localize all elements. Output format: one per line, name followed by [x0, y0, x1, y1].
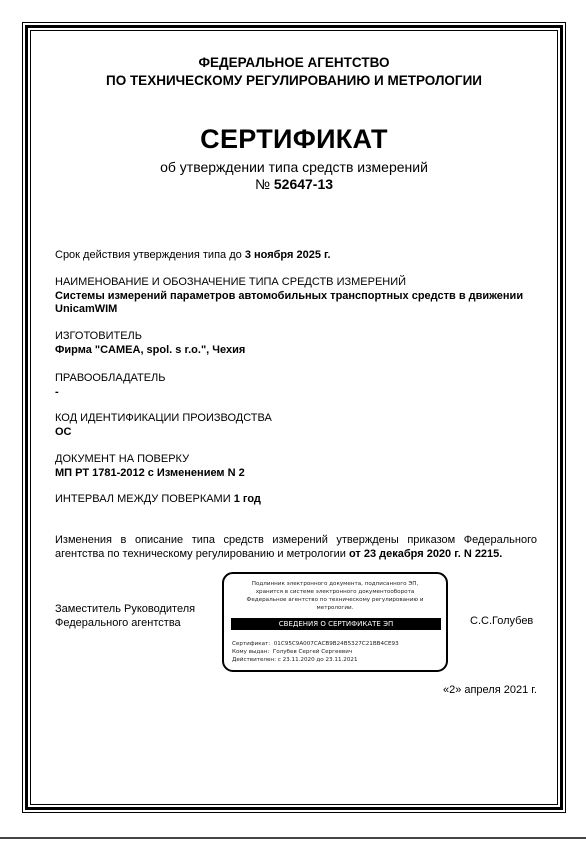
field-name: НАИМЕНОВАНИЕ И ОБОЗНАЧЕНИЕ ТИПА СРЕДСТВ …	[55, 276, 537, 317]
stamp-issued-to-row: Кому выдан: Голубев Сергей Сергеевич	[232, 648, 446, 656]
field-manufacturer-value: Фирма "CAMEA, spol. s r.o.", Чехия	[55, 344, 537, 358]
signatory-name: С.С.Голубев	[470, 615, 533, 628]
stamp-issued-to-value: Голубев Сергей Сергеевич	[273, 649, 352, 655]
stamp-valid-value: с 23.11.2020 до 23.11.2021	[278, 657, 358, 663]
number-value: 52647-13	[274, 176, 333, 192]
signature-date: «2» апреля 2021 г.	[380, 684, 537, 697]
field-name-value-1: Системы измерений параметров автомобильн…	[55, 290, 537, 304]
stamp-issued-to-label: Кому выдан:	[232, 649, 269, 655]
number-prefix: №	[255, 176, 270, 192]
agency-line-1: ФЕДЕРАЛЬНОЕ АГЕНТСТВО	[30, 54, 558, 72]
stamp-notice-line-1: Подлинник электронного документа, подпис…	[230, 580, 440, 588]
field-production-code-label: КОД ИДЕНТИФИКАЦИИ ПРОИЗВОДСТВА	[55, 412, 537, 426]
stamp-certificate-value: 01C95C9A007CACB9B24B5327C21BB4CE93	[274, 641, 399, 647]
field-manufacturer: ИЗГОТОВИТЕЛЬ Фирма "CAMEA, spol. s r.o."…	[55, 330, 537, 357]
stamp-notice-line-4: метрологии.	[230, 604, 440, 612]
e-signature-stamp: Подлинник электронного документа, подпис…	[222, 572, 448, 672]
signatory-position-line-1: Заместитель Руководителя	[55, 603, 195, 617]
field-rightholder-label: ПРАВООБЛАДАТЕЛЬ	[55, 372, 537, 386]
field-verification-doc-value: МП РТ 1781-2012 с Изменением N 2	[55, 467, 537, 481]
field-rightholder: ПРАВООБЛАДАТЕЛЬ -	[55, 372, 537, 399]
field-interval-label: ИНТЕРВАЛ МЕЖДУ ПОВЕРКАМИ	[55, 493, 231, 505]
agency-name: ФЕДЕРАЛЬНОЕ АГЕНТСТВО ПО ТЕХНИЧЕСКОМУ РЕ…	[30, 54, 558, 90]
agency-line-2: ПО ТЕХНИЧЕСКОМУ РЕГУЛИРОВАНИЮ И МЕТРОЛОГ…	[30, 72, 558, 90]
stamp-certificate-header: СВЕДЕНИЯ О СЕРТИФИКАТЕ ЭП	[231, 618, 441, 630]
stamp-notice: Подлинник электронного документа, подпис…	[230, 580, 440, 612]
field-rightholder-value: -	[55, 386, 537, 400]
changes-order: от 23 декабря 2020 г. N 2215.	[349, 548, 502, 560]
certificate-subtitle: об утверждении типа средств измерений	[30, 159, 558, 176]
signatory-position: Заместитель Руководителя Федерального аг…	[55, 603, 195, 630]
stamp-notice-line-2: хранится в системе электронного документ…	[230, 588, 440, 596]
stamp-valid-label: Действителен:	[232, 657, 276, 663]
field-verification-doc-label: ДОКУМЕНТ НА ПОВЕРКУ	[55, 453, 537, 467]
certificate-title: СЕРТИФИКАТ	[30, 123, 558, 155]
field-production-code: КОД ИДЕНТИФИКАЦИИ ПРОИЗВОДСТВА ОС	[55, 412, 537, 439]
stamp-notice-line-3: Федеральное агентство по техническому ре…	[230, 596, 440, 604]
stamp-certificate-info: Сертификат: 01C95C9A007CACB9B24B5327C21B…	[232, 640, 446, 664]
changes-paragraph: Изменения в описание типа средств измере…	[55, 534, 537, 561]
validity-value: 3 ноября 2025 г.	[245, 249, 331, 261]
field-interval: ИНТЕРВАЛ МЕЖДУ ПОВЕРКАМИ 1 год	[55, 493, 537, 507]
field-verification-doc: ДОКУМЕНТ НА ПОВЕРКУ МП РТ 1781-2012 с Из…	[55, 453, 537, 480]
field-interval-value: 1 год	[234, 493, 261, 505]
certificate-number: № 52647-13	[30, 176, 558, 193]
field-manufacturer-label: ИЗГОТОВИТЕЛЬ	[55, 330, 537, 344]
stamp-certificate-row: Сертификат: 01C95C9A007CACB9B24B5327C21B…	[232, 640, 446, 648]
stamp-valid-row: Действителен: с 23.11.2020 до 23.11.2021	[232, 656, 446, 664]
stamp-certificate-label: Сертификат:	[232, 641, 270, 647]
signatory-position-line-2: Федерального агентства	[55, 617, 195, 631]
field-name-value-2: UnicamWIM	[55, 303, 537, 317]
field-name-label: НАИМЕНОВАНИЕ И ОБОЗНАЧЕНИЕ ТИПА СРЕДСТВ …	[55, 276, 537, 290]
validity-label: Срок действия утверждения типа до	[55, 249, 242, 261]
field-production-code-value: ОС	[55, 426, 537, 440]
page-bottom-divider	[0, 837, 586, 839]
validity-line: Срок действия утверждения типа до 3 нояб…	[55, 249, 537, 263]
